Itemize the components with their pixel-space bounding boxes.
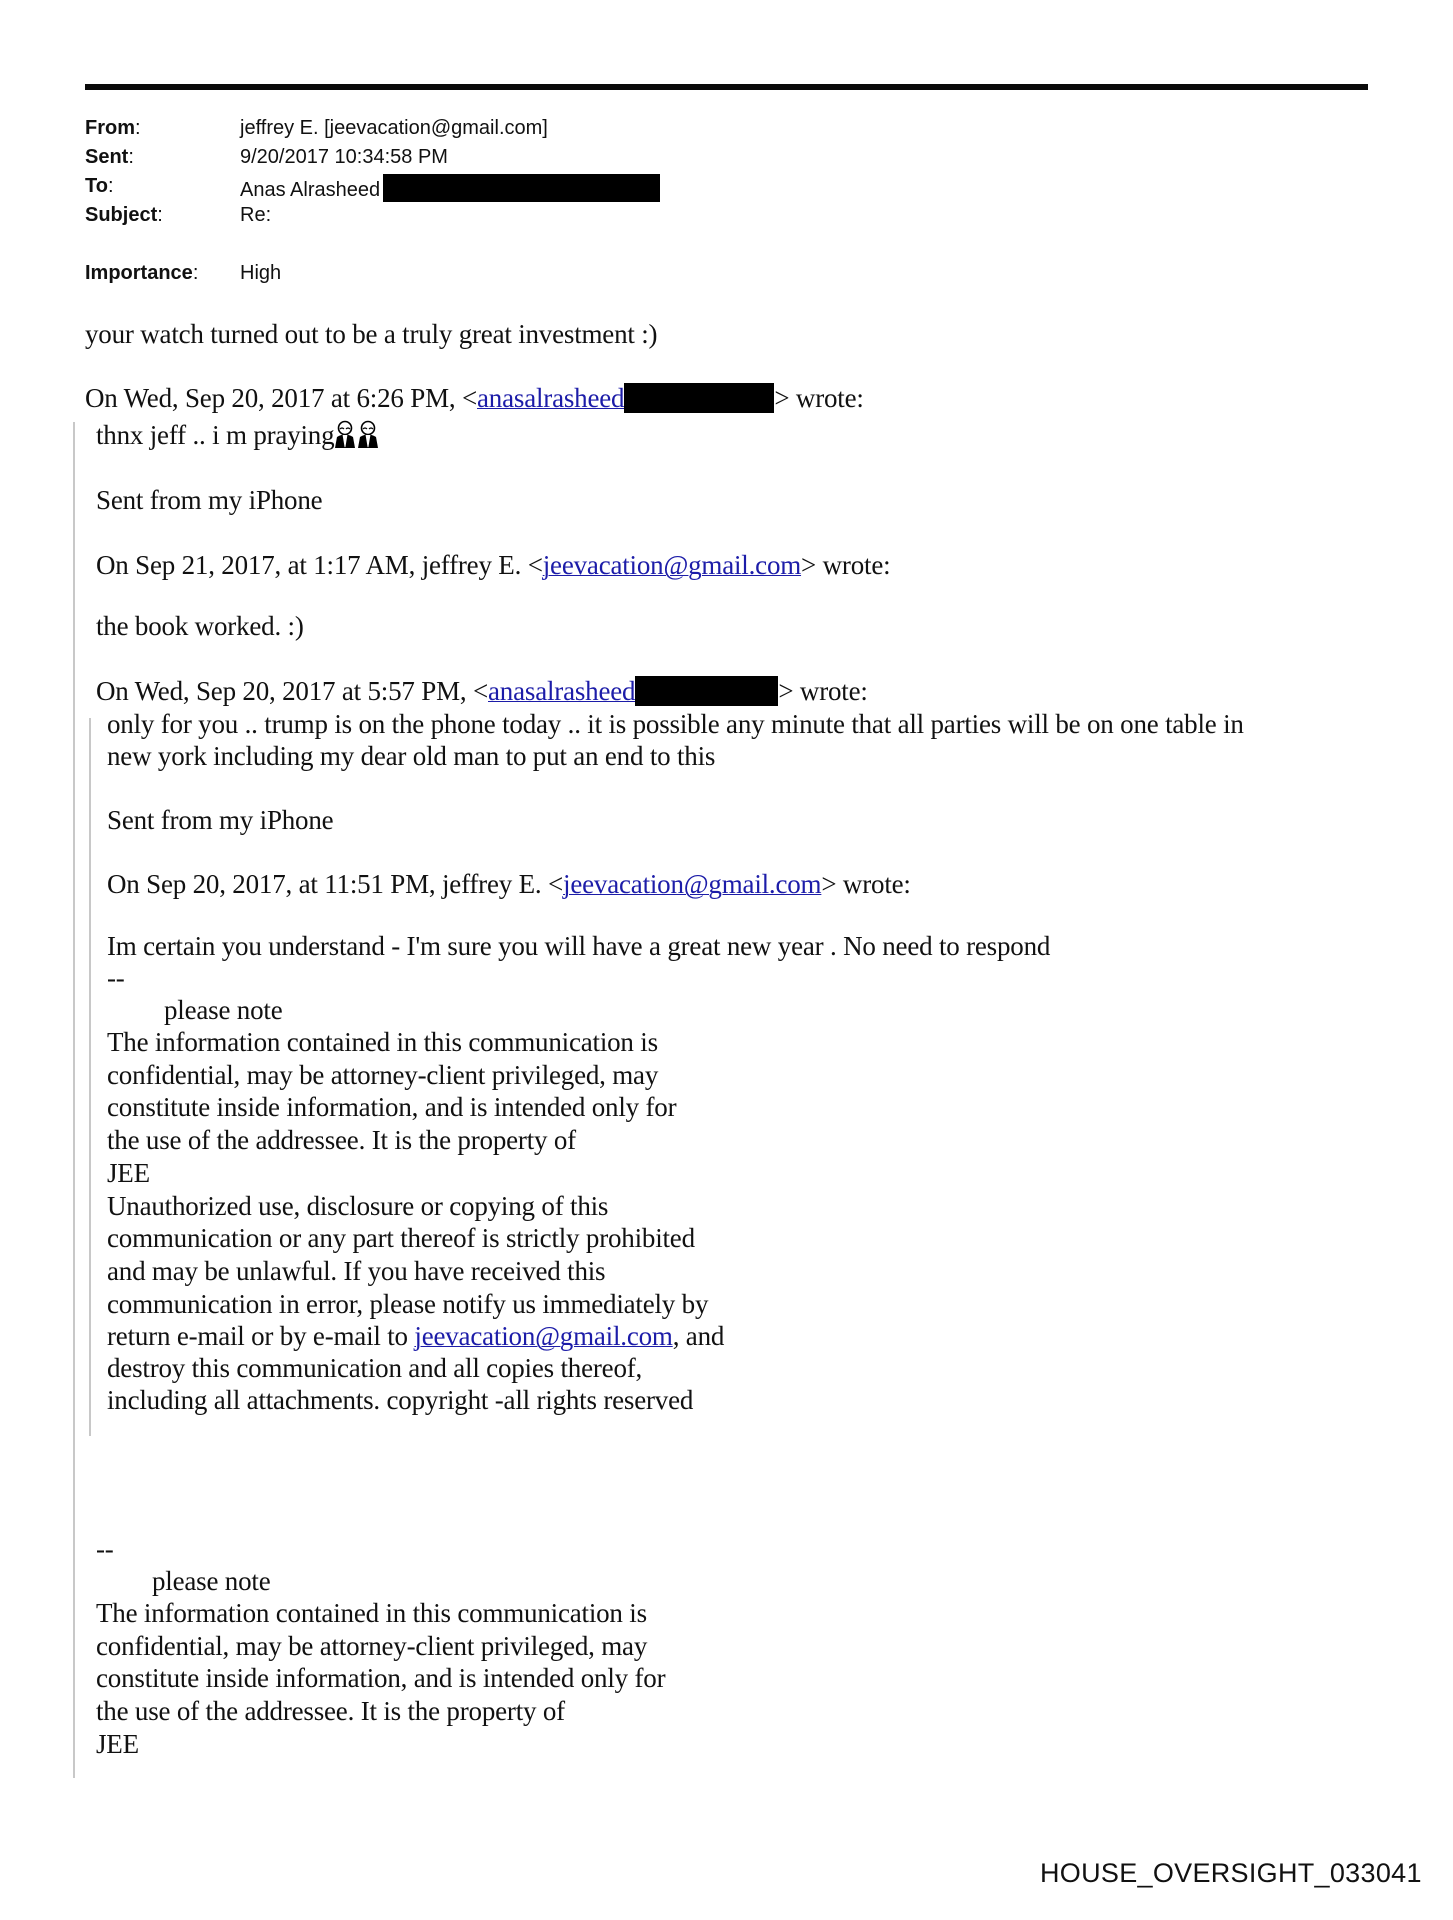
- message-body: your watch turned out to be a truly grea…: [85, 318, 657, 350]
- disclaimer-link-line: return e-mail or by e-mail to jeevacatio…: [107, 1320, 724, 1352]
- disclaimer-tail-line-2: including all attachments. copyright -al…: [107, 1384, 693, 1416]
- sender-email-link[interactable]: anasalrasheed: [477, 383, 624, 413]
- disclaimer-line: Unauthorized use, disclosure or copying …: [107, 1190, 608, 1222]
- outer-disclaimer-line: the use of the addressee. It is the prop…: [96, 1695, 565, 1727]
- quote1-reply-body: the book worked. :): [96, 610, 304, 642]
- disclaimer-line: communication or any part thereof is str…: [107, 1222, 695, 1254]
- bates-number: HOUSE_OVERSIGHT_033041: [1040, 1858, 1422, 1889]
- quote2-body-line-2: new york including my dear old man to pu…: [107, 740, 715, 772]
- to-name: Anas Alrasheed: [240, 179, 380, 201]
- folded-hands-icon: [357, 420, 379, 448]
- quote1-attribution: On Wed, Sep 20, 2017 at 6:26 PM, <anasal…: [85, 382, 864, 414]
- disclaimer-line: confidential, may be attorney-client pri…: [107, 1059, 658, 1091]
- quote-border-outer: [73, 422, 75, 1778]
- outer-disclaimer-line: The information contained in this commun…: [96, 1597, 647, 1629]
- disclaimer-line: The information contained in this commun…: [107, 1026, 658, 1058]
- disclaimer-line: the use of the addressee. It is the prop…: [107, 1124, 576, 1156]
- disclaimer-tail-line-1: destroy this communication and all copie…: [107, 1352, 642, 1384]
- from-label: From:: [85, 116, 141, 140]
- folded-hands-icon: [334, 420, 356, 448]
- subject-label: Subject:: [85, 203, 163, 227]
- quote1-body: thnx jeff .. i m praying: [96, 419, 380, 451]
- outer-disclaimer-title: please note: [152, 1565, 271, 1597]
- outer-disclaimer-line: JEE: [96, 1728, 139, 1760]
- disclaimer-title: please note: [164, 994, 283, 1026]
- importance-label: Importance:: [85, 261, 198, 285]
- redaction-box: [624, 383, 774, 413]
- subject-value: Re:: [240, 203, 271, 227]
- signature-separator: --: [107, 962, 125, 994]
- from-value: jeffrey E. [jeevacation@gmail.com]: [240, 116, 548, 140]
- quote2-attribution: On Wed, Sep 20, 2017 at 5:57 PM, <anasal…: [96, 675, 868, 707]
- to-value: Anas Alrasheed: [240, 174, 660, 202]
- quote1-signature: Sent from my iPhone: [96, 484, 322, 516]
- jeevacation-email-link[interactable]: jeevacation@gmail.com: [563, 869, 821, 899]
- sent-label: Sent:: [85, 145, 134, 169]
- outer-disclaimer-line: constitute inside information, and is in…: [96, 1662, 665, 1694]
- outer-disclaimer-line: confidential, may be attorney-client pri…: [96, 1630, 647, 1662]
- disclaimer-line: communication in error, please notify us…: [107, 1288, 708, 1320]
- header-rule: [85, 84, 1368, 90]
- disclaimer-line: and may be unlawful. If you have receive…: [107, 1255, 605, 1287]
- quote2-signature: Sent from my iPhone: [107, 804, 333, 836]
- importance-value: High: [240, 261, 281, 285]
- disclaimer-line: constitute inside information, and is in…: [107, 1091, 676, 1123]
- outer-signature-separator: --: [96, 1533, 114, 1565]
- to-label: To:: [85, 174, 114, 198]
- redaction-box: [635, 676, 778, 706]
- quote2-body-line-1: only for you .. trump is on the phone to…: [107, 708, 1244, 740]
- quote1-reply-attribution: On Sep 21, 2017, at 1:17 AM, jeffrey E. …: [96, 549, 890, 581]
- sent-value: 9/20/2017 10:34:58 PM: [240, 145, 448, 169]
- quote2-reply-attribution: On Sep 20, 2017, at 11:51 PM, jeffrey E.…: [107, 868, 911, 900]
- quote-border-inner: [89, 718, 91, 1436]
- redaction-box: [383, 174, 660, 202]
- jeevacation-email-link[interactable]: jeevacation@gmail.com: [414, 1321, 672, 1351]
- sender-email-link[interactable]: anasalrasheed: [488, 676, 635, 706]
- quote2-reply-body: Im certain you understand - I'm sure you…: [107, 930, 1050, 962]
- disclaimer-line: JEE: [107, 1157, 150, 1189]
- jeevacation-email-link[interactable]: jeevacation@gmail.com: [543, 550, 801, 580]
